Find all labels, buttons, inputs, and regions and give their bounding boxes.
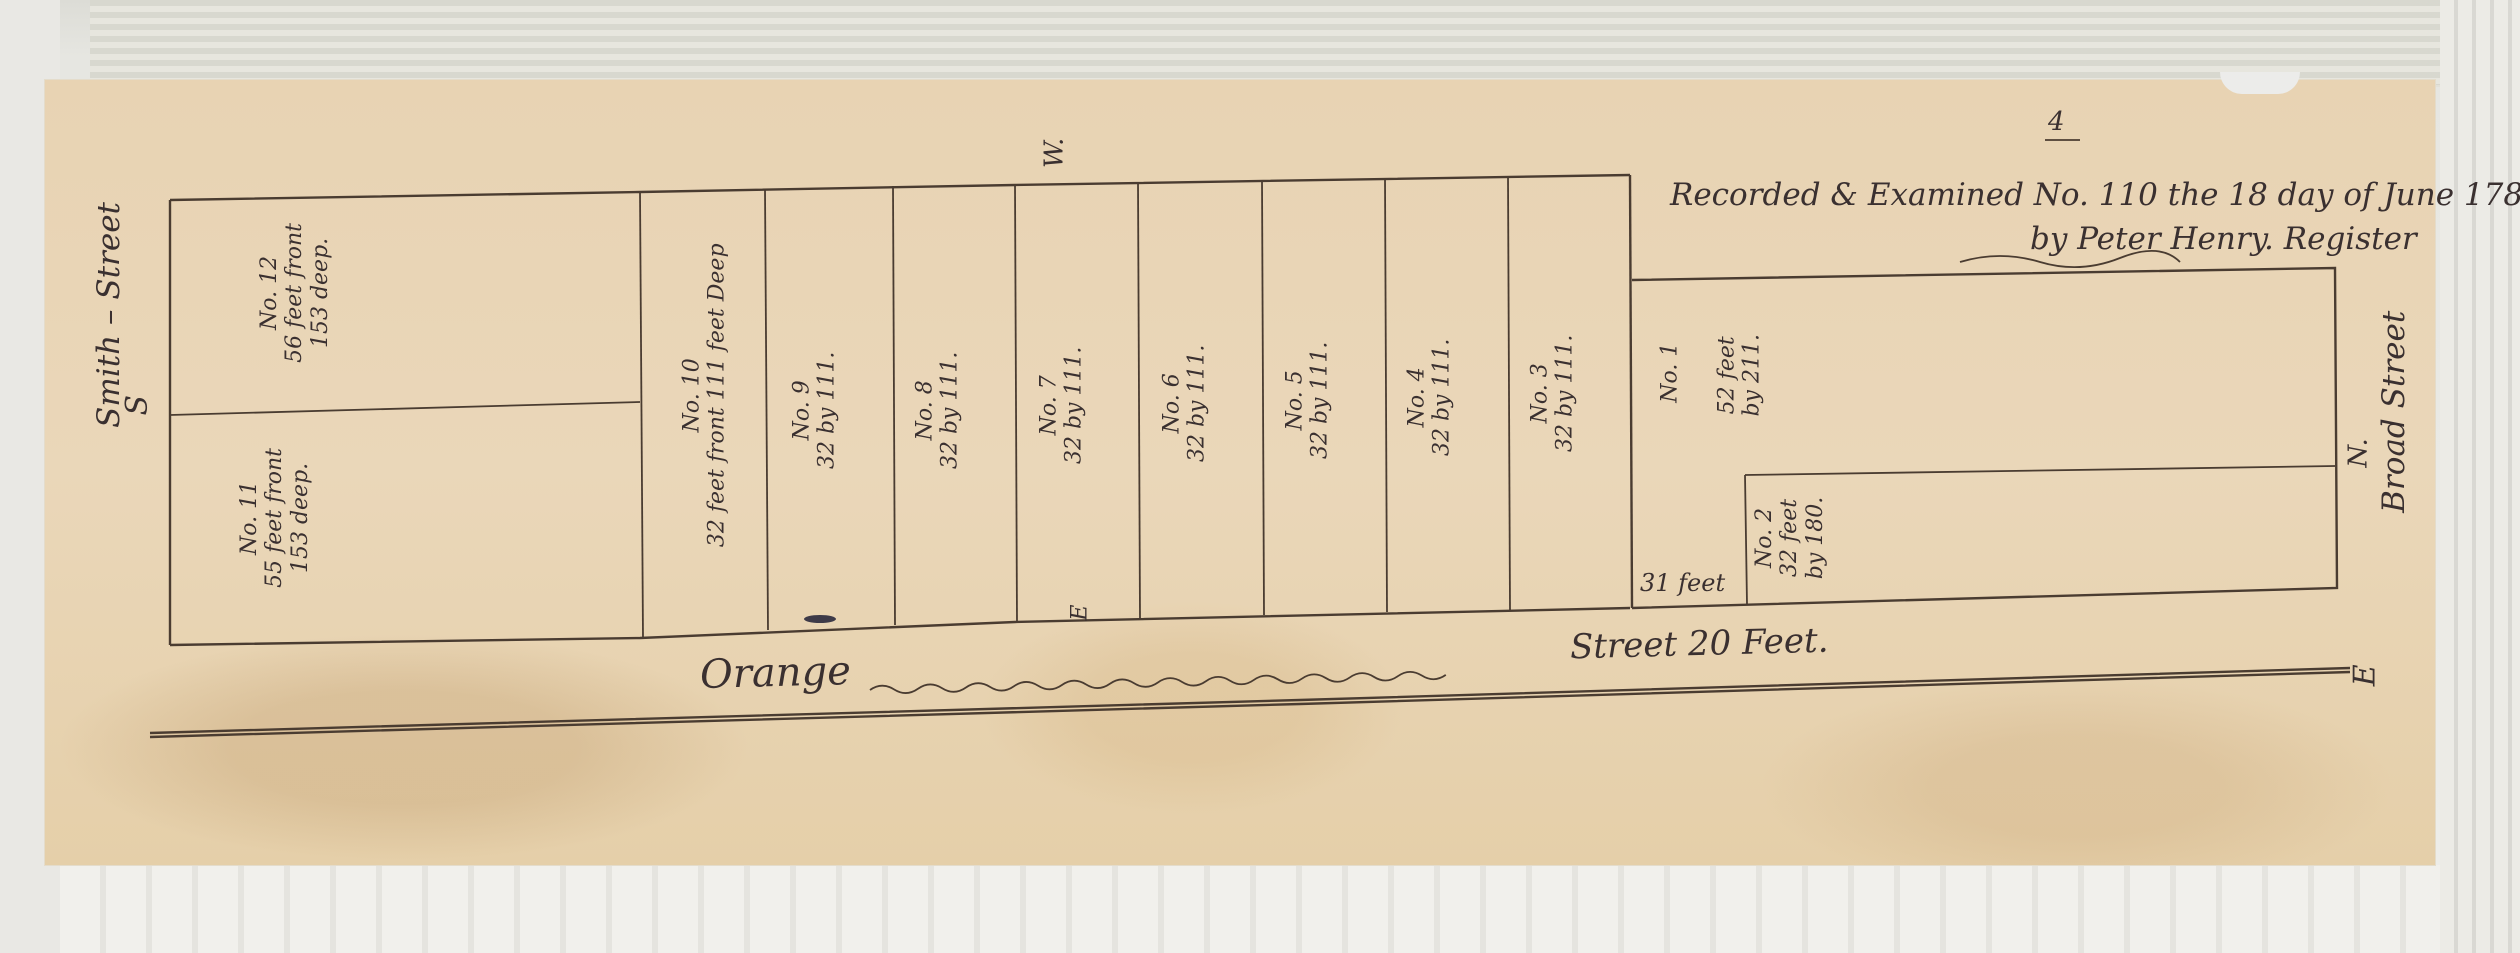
lot-9-label: No. 932 by 111. <box>790 330 841 490</box>
compass-north-marker: N. <box>2345 438 2375 467</box>
frontage-31-feet: 31 feet <box>1640 570 1725 598</box>
compass-east-mid-marker: E <box>1067 605 1092 621</box>
orange-street-word: Orange <box>699 648 851 698</box>
lot-11-label: No. 11 55 feet front 153 deep. <box>237 403 313 633</box>
compass-west-marker: W. <box>1040 138 1070 168</box>
record-note-line2: by Peter Henry. Register <box>2030 222 2417 258</box>
plat-linework <box>0 0 2520 953</box>
compass-south-marker: S <box>121 395 156 416</box>
record-note-line1: Recorded & Examined No. 110 the 18 day o… <box>1670 178 2520 214</box>
block-bottom-boundary <box>170 608 1630 645</box>
record-note-superscript: 4 <box>2048 108 2065 138</box>
lot-1-number: No. 1 <box>1657 303 1682 443</box>
orange-street-line-1 <box>150 668 2350 733</box>
lot-5-label: No. 532 by 111. <box>1283 320 1334 480</box>
lot-2-label: No. 2 32 feet by 180. <box>1752 468 1828 608</box>
lot-6-label: No. 632 by 111. <box>1160 323 1211 483</box>
east-street-label: Broad Street <box>2377 313 2413 513</box>
lot-1-dimensions: 52 feet by 211. <box>1715 300 1766 450</box>
compass-east-marker: E <box>2349 664 2384 686</box>
lot-3-label: No. 332 by 111. <box>1528 313 1579 473</box>
lot-7-label: No. 732 by 111. <box>1037 325 1088 485</box>
orange-street-width: Street 20 Feet. <box>1570 622 1829 668</box>
block-top-boundary <box>170 175 1630 200</box>
lot-2-left <box>1745 475 1747 604</box>
lot-8-label: No. 832 by 111. <box>913 330 964 490</box>
lot-12-label: No. 12 56 feet front 153 deep. <box>257 178 333 408</box>
lot-2-top <box>1745 466 2335 475</box>
lot-4-label: No. 432 by 111. <box>1405 317 1456 477</box>
lot-10-label: No. 10 32 feet front 111 feet Deep <box>680 230 731 560</box>
